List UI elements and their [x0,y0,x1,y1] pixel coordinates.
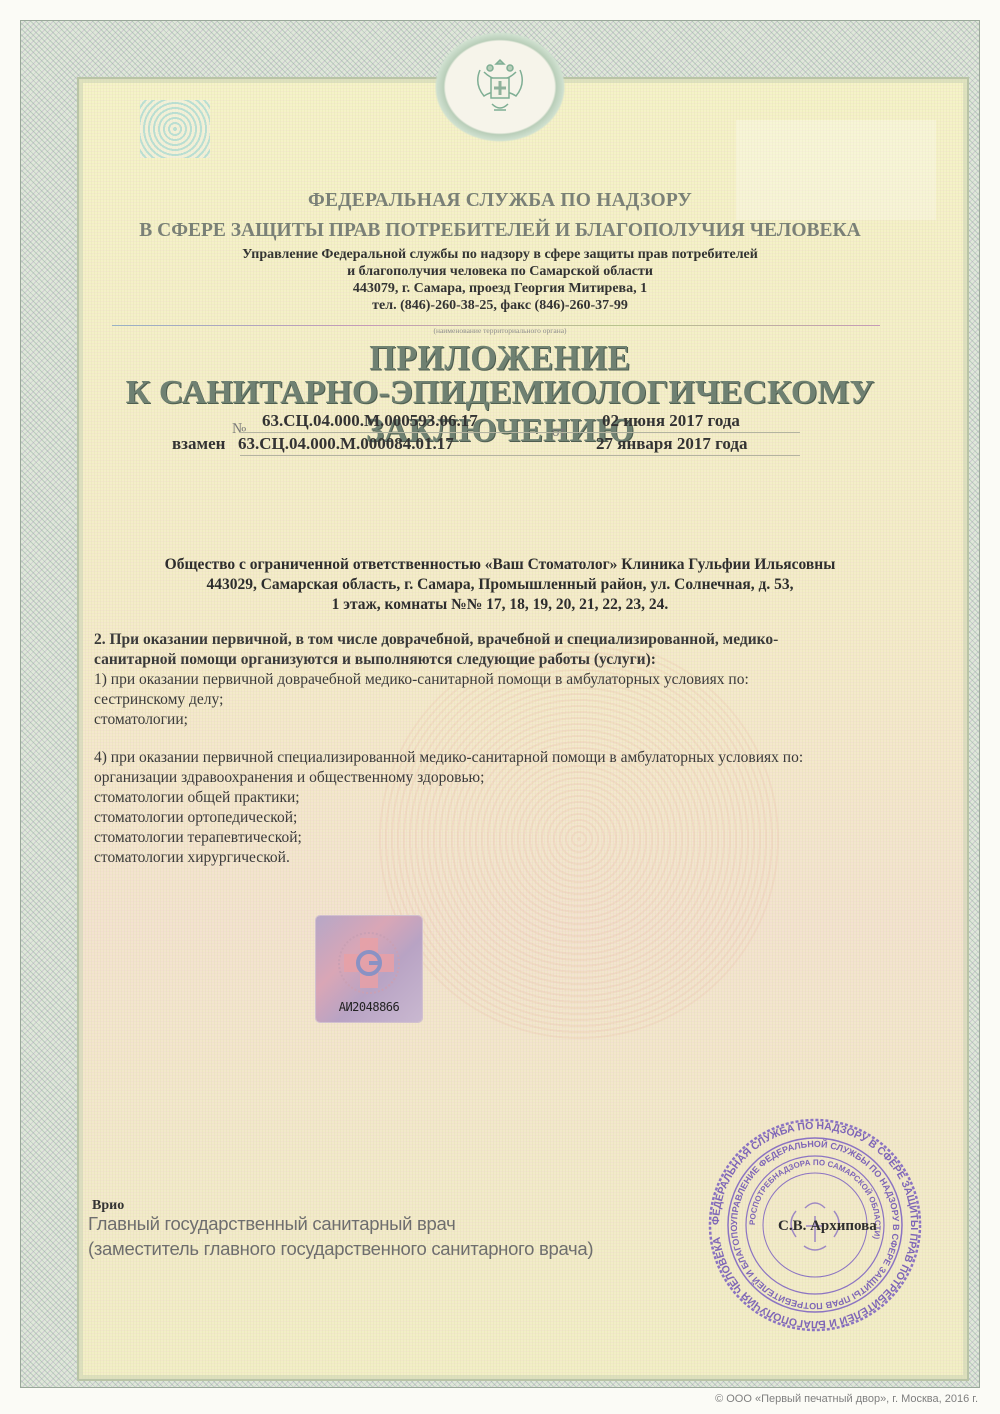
organization-address: 443029, Самарская область, г. Самара, Пр… [0,576,1000,594]
signatory-position: Главный государственный санитарный врач [88,1213,455,1235]
service-group-title: 4) при оказании первичной специализирова… [94,748,924,768]
service-item: организации здравоохранения и общественн… [94,768,924,788]
office-line: Управление Федеральной службы по надзору… [0,247,1000,263]
document-title: ПРИЛОЖЕНИЕ [0,339,1000,379]
service-item: стоматологии; [94,710,924,730]
emblem-medallion [430,28,570,146]
double-headed-eagle-icon [470,54,530,120]
office-phone: тел. (846)-260-38-25, факс (846)-260-37-… [0,298,1000,314]
agency-title-line1: ФЕДЕРАЛЬНАЯ СЛУЖБА ПО НАДЗОРУ [0,190,1000,212]
replaced-number: 63.СЦ.04.000.М.000084.01.17 [238,434,454,454]
service-item: стоматологии ортопедической; [94,808,924,828]
office-address: 443079, г. Самара, проезд Георгия Митире… [0,281,1000,297]
certification-logo-icon [336,930,402,996]
service-item: сестринскому делу; [94,690,924,710]
service-item: стоматологии общей практики; [94,788,924,808]
acting-prefix: Врио [92,1198,124,1214]
replaced-date: 27 января 2017 года [596,434,747,454]
organization-rooms: 1 этаж, комнаты №№ 17, 18, 19, 20, 21, 2… [0,596,1000,614]
agency-title-line2: В СФЕРЕ ЗАЩИТЫ ПРАВ ПОТРЕБИТЕЛЕЙ И БЛАГО… [0,220,1000,242]
hologram-sticker: АИ2048866 [316,916,422,1022]
hologram-pattern-top-left [140,100,210,158]
section-heading: санитарной помощи организуются и выполня… [94,650,924,670]
signatory-name: С.В. Архипова [778,1218,877,1235]
organization-name: Общество с ограниченной ответственностью… [0,556,1000,574]
number-underline [240,432,800,433]
printer-imprint: © ООО «Первый печатный двор», г. Москва,… [715,1393,978,1405]
signatory-position-alt: (заместитель главного государственного с… [88,1238,593,1260]
replaces-label: взамен [172,434,225,454]
territorial-body-caption: (наименование территориального органа) [0,326,1000,335]
document-number: 63.СЦ.04.000.М.000593.06.17 [262,411,478,431]
office-line: и благополучия человека по Самарской обл… [0,264,1000,280]
number-underline [240,455,800,456]
section-heading: 2. При оказании первичной, в том числе д… [94,630,924,650]
service-item: стоматологии терапевтической; [94,828,924,848]
service-item: стоматологии хирургической. [94,848,924,868]
document-subtitle: К САНИТАРНО-ЭПИДЕМИОЛОГИЧЕСКОМУ ЗАКЛЮЧЕН… [0,374,1000,450]
service-group-title: 1) при оказании первичной доврачебной ме… [94,670,924,690]
hologram-serial: АИ2048866 [316,1000,422,1014]
document-date: 02 июня 2017 года [602,411,740,431]
